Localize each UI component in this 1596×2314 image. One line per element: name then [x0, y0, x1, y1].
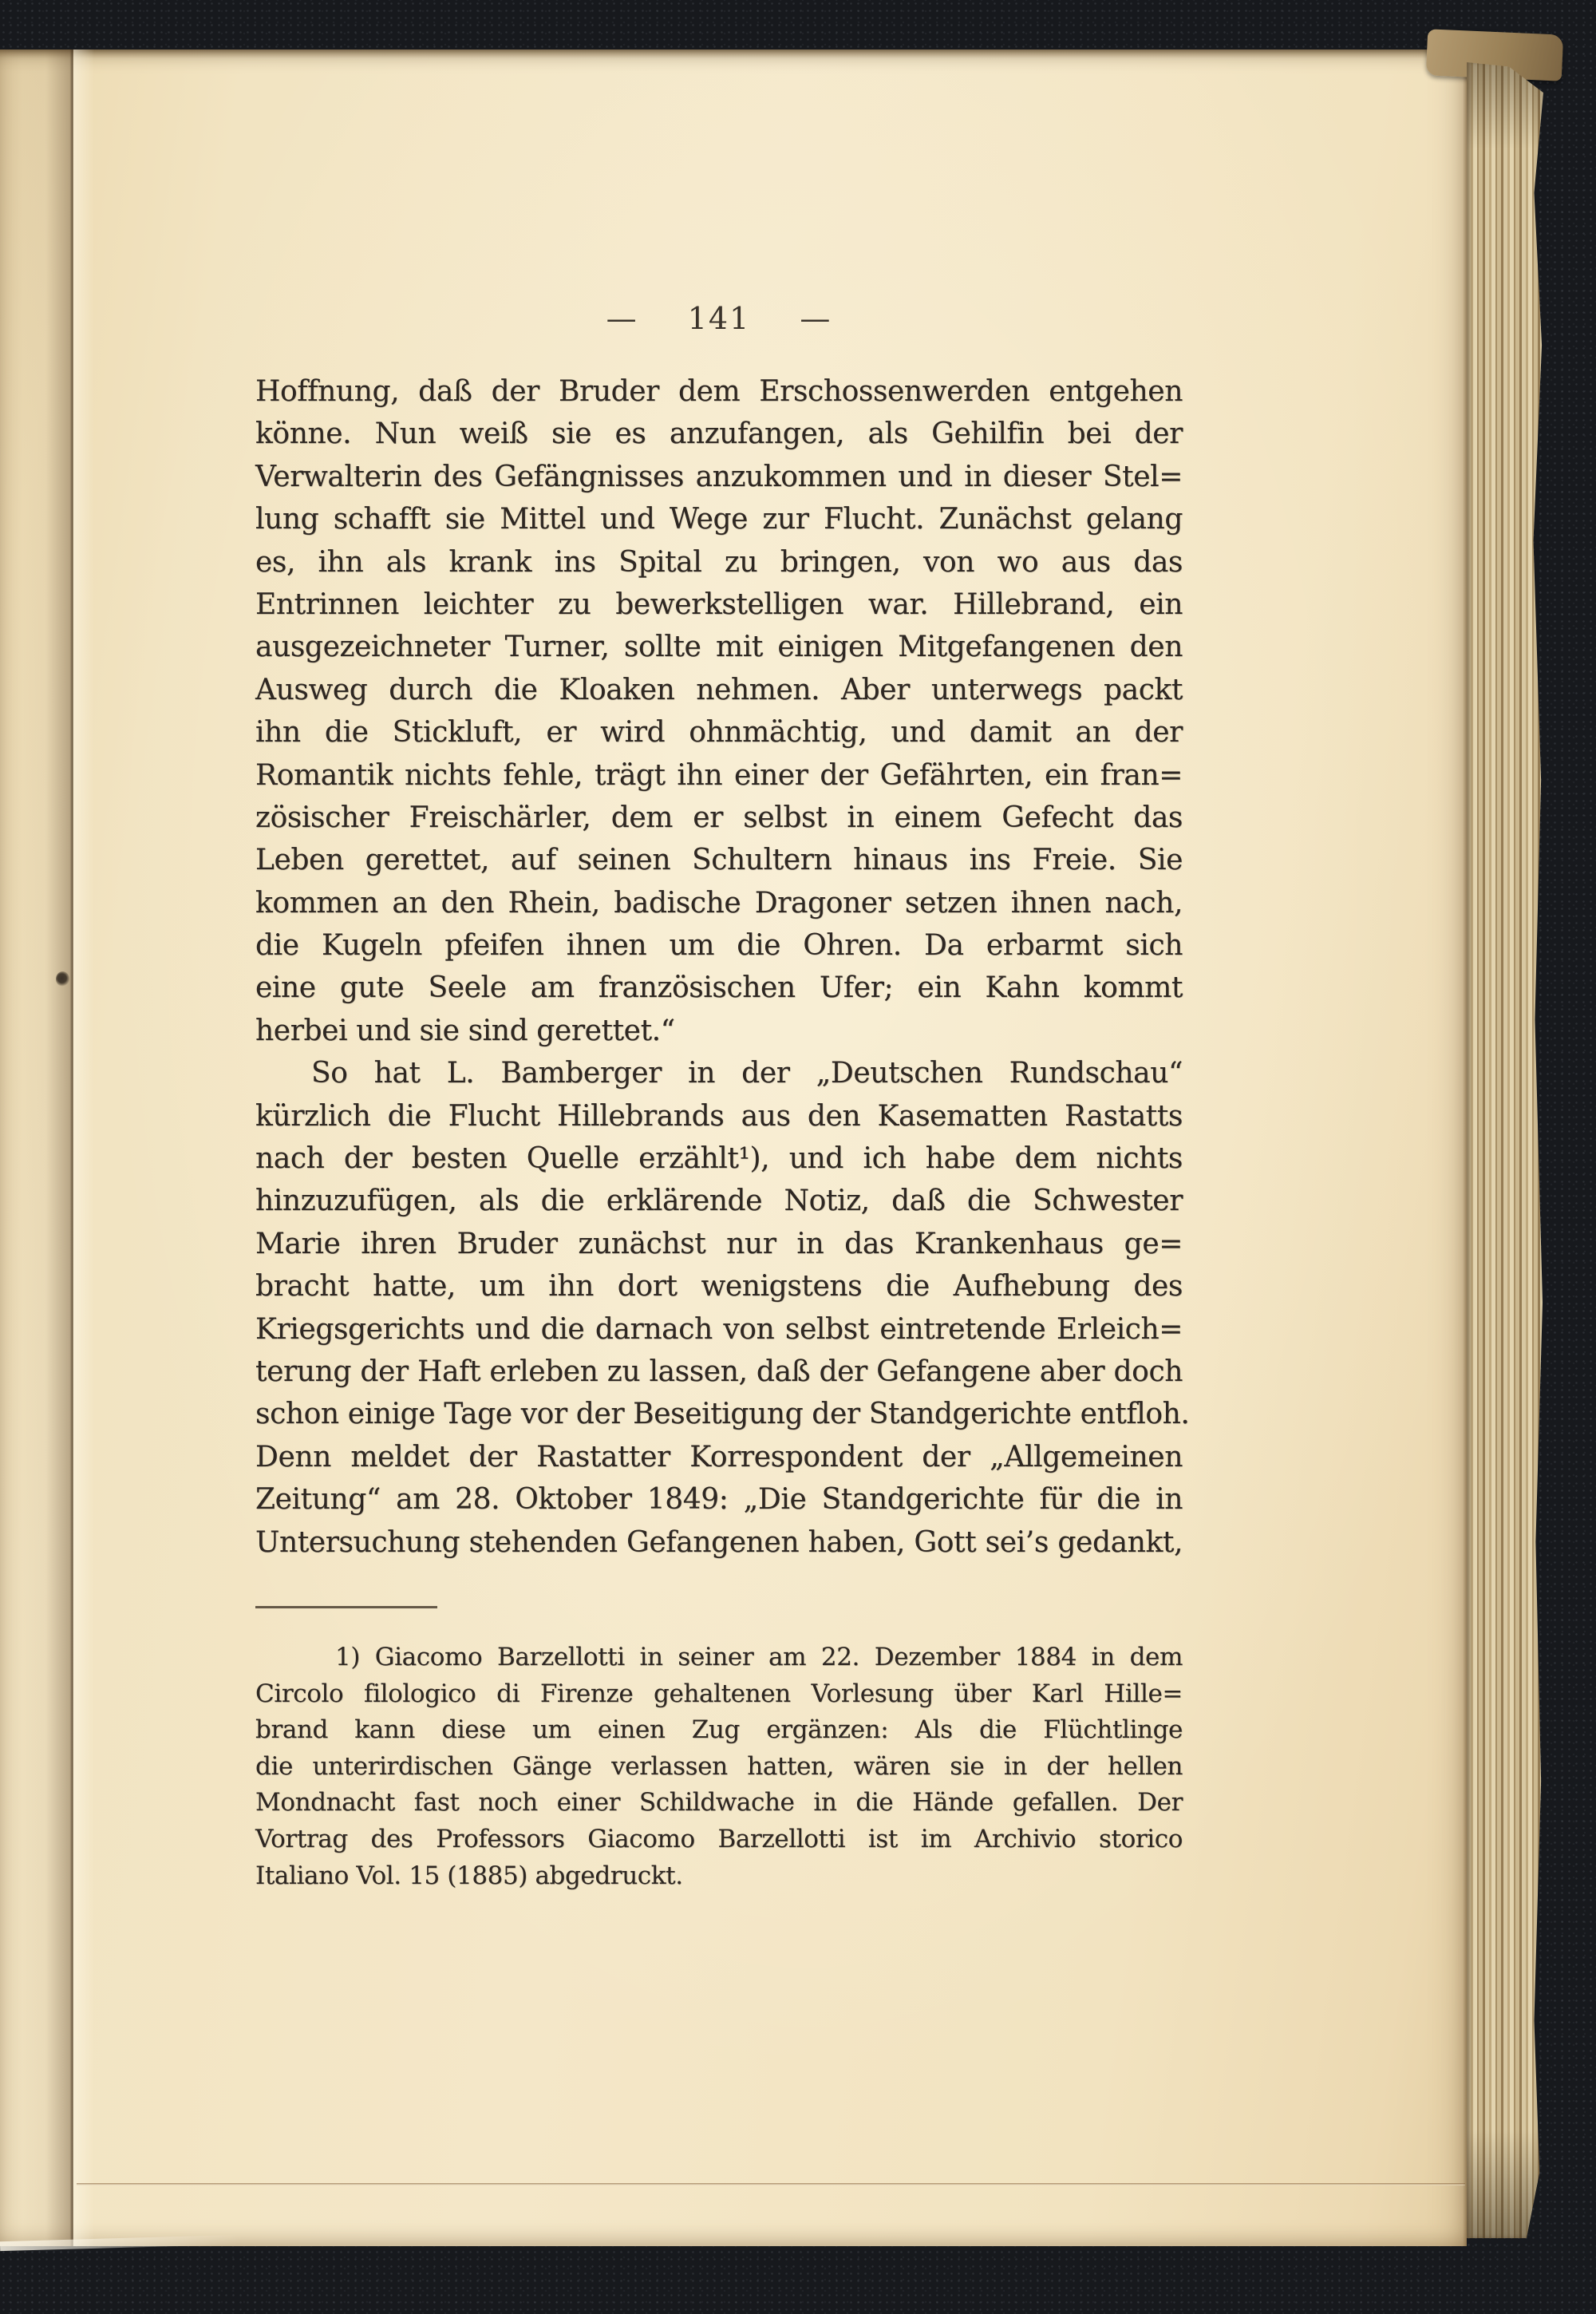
body-line: schon einige Tage vor der Beseitigung de… — [255, 1398, 1183, 1440]
body-text: Hoffnung, daß der Bruder dem Erschossenw… — [255, 375, 1183, 1568]
body-line: Hoffnung, daß der Bruder dem Erschossenw… — [255, 375, 1183, 417]
body-line: ihn die Stickluft, er wird ohnmächtig, u… — [255, 716, 1183, 758]
body-line: Zeitung“ am 28. Oktober 1849: „Die Stand… — [255, 1483, 1183, 1525]
footnote-line-end: Italiano Vol. 15 (1885) abgedruckt. — [255, 1861, 1183, 1898]
body-line: die Kugeln pfeifen ihnen um die Ohren. D… — [255, 929, 1183, 971]
gutter-highlight — [73, 49, 94, 2246]
body-line: ausgezeichneter Turner, sollte mit einig… — [255, 631, 1183, 673]
footnote-line: Circolo filologico di Firenze gehaltenen… — [255, 1679, 1183, 1716]
body-line: Denn meldet der Rastatter Korrespondent … — [255, 1441, 1183, 1483]
body-line-paragraph-end: herbei und sie sind gerettet.“ — [255, 1015, 1183, 1057]
footnote-line-start: 1) Giacomo Barzellotti in seiner am 22. … — [255, 1643, 1183, 1679]
fore-edge-page-stack — [1467, 62, 1543, 2238]
footnote-line: brand kann diese um einen Zug ergänzen: … — [255, 1715, 1183, 1752]
body-line: es, ihn als krank ins Spital zu bringen,… — [255, 546, 1183, 588]
page-gutter-fold — [0, 49, 73, 2246]
body-line: zösischer Freischärler, dem er selbst in… — [255, 801, 1183, 844]
right-edge-crease — [1463, 49, 1467, 2246]
body-line: könne. Nun weiß sie es anzufangen, als G… — [255, 417, 1183, 460]
footnote-line: Mondnacht fast noch einer Schildwache in… — [255, 1788, 1183, 1825]
binding-stitch-hole — [56, 971, 69, 987]
body-line: lung schafft sie Mittel und Wege zur Flu… — [255, 503, 1183, 545]
body-line: Leben gerettet, auf seinen Schultern hin… — [255, 844, 1183, 886]
body-line: kommen an den Rhein, badische Dragoner s… — [255, 887, 1183, 929]
footnote-line: Vortrag des Professors Giacomo Barzellot… — [255, 1825, 1183, 1861]
footnote-text: 1) Giacomo Barzellotti in seiner am 22. … — [255, 1643, 1183, 1897]
body-line: Verwalterin des Gefängnisses anzukommen … — [255, 461, 1183, 503]
book-page: — 141 — Hoffnung, daß der Bruder dem Ers… — [0, 49, 1467, 2246]
body-line: terung der Haft erleben zu lassen, daß d… — [255, 1355, 1183, 1398]
footnote-line: die unterirdischen Gänge verlassen hatte… — [255, 1752, 1183, 1789]
body-line-paragraph-start: So hat L. Bamberger in der „Deutschen Ru… — [255, 1057, 1183, 1099]
horizontal-crease — [77, 2183, 1465, 2185]
body-line: Marie ihren Bruder zunächst nur in das K… — [255, 1228, 1183, 1270]
book-photo: — 141 — Hoffnung, daß der Bruder dem Ers… — [0, 0, 1596, 2314]
body-line: kürzlich die Flucht Hillebrands aus den … — [255, 1100, 1183, 1142]
body-line: nach der besten Quelle erzählt¹), und ic… — [255, 1142, 1183, 1185]
page-number: — 141 — — [255, 301, 1183, 336]
body-line: hinzuzufügen, als die erklärende Notiz, … — [255, 1185, 1183, 1227]
body-line: Romantik nichts fehle, trägt ihn einer d… — [255, 759, 1183, 801]
body-line: Ausweg durch die Kloaken nehmen. Aber un… — [255, 674, 1183, 716]
footnote-rule — [255, 1606, 437, 1608]
body-line: Entrinnen leichter zu bewerkstelligen wa… — [255, 588, 1183, 631]
body-line: eine gute Seele am französischen Ufer; e… — [255, 971, 1183, 1014]
body-line: bracht hatte, um ihn dort wenigstens die… — [255, 1270, 1183, 1312]
body-line: Kriegsgerichts und die darnach von selbs… — [255, 1313, 1183, 1355]
page-top-edge — [0, 49, 1467, 58]
body-line: Untersuchung stehenden Gefangenen haben,… — [255, 1526, 1183, 1568]
